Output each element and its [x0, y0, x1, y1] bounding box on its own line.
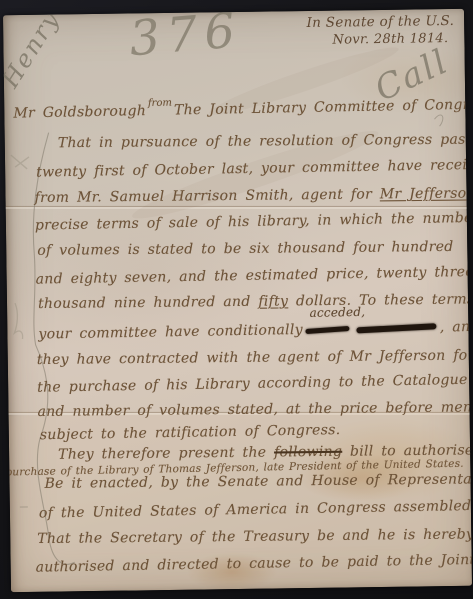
manuscript-line: the purchase of his Library according to…	[37, 372, 468, 396]
redaction-group: acceded,	[306, 320, 437, 338]
underlined-name: Mr Jefferson	[380, 185, 472, 202]
manuscript-line: authorised and directed to cause to be p…	[36, 552, 472, 576]
redaction-bar	[306, 325, 350, 333]
redaction-bar	[357, 323, 437, 333]
underlined-word: fifty	[258, 293, 288, 309]
scan-background: Henry 376 Call In Senate of the U.S. Nov…	[0, 0, 473, 599]
opener-text: The Joint Library Committee of Congress …	[174, 95, 472, 119]
reporter-name: Mr Goldsborough	[13, 103, 146, 122]
fold-crease-upper	[3, 206, 472, 210]
line-text: , and	[440, 319, 472, 336]
senate-heading: In Senate of the U.S. Novr. 28th 1814.	[306, 13, 454, 48]
manuscript-line: That in pursuance of the resolution of C…	[58, 131, 472, 151]
insertion-from: from	[148, 98, 172, 109]
struck-word: following	[274, 444, 342, 461]
manuscript-line: thousand nine hundred and fifty dollars.…	[38, 291, 472, 312]
amended-line: your committee have conditionallyacceded…	[38, 319, 472, 343]
opener-line: Mr GoldsboroughfromThe Joint Library Com…	[13, 95, 472, 122]
manuscript-line: twenty first of October last, your commi…	[36, 157, 472, 181]
line-text: from Mr. Samuel Harrison Smith, agent fo…	[34, 186, 379, 206]
manuscript-line: and number of volumes stated, at the pri…	[37, 399, 472, 420]
docket-number: 376	[127, 9, 244, 68]
manuscript-line: subject to the ratification of Congress.	[40, 422, 341, 443]
line-text: They therefore present the	[58, 444, 274, 462]
document-page: Henry 376 Call In Senate of the U.S. Nov…	[3, 9, 472, 592]
heading-date-line: Novr. 28th 1814.	[307, 31, 449, 48]
manuscript-line: of volumes is stated to be six thousand …	[37, 239, 453, 259]
manuscript-line: of the United States of America in Congr…	[39, 498, 472, 522]
line-text: thousand nine hundred and	[38, 294, 258, 312]
pencil-annotation-owner: Henry	[3, 9, 65, 93]
manuscript-line: from Mr. Samuel Harrison Smith, agent fo…	[34, 185, 472, 206]
line-text: your committee have conditionally	[38, 322, 303, 343]
manuscript-line: and eighty seven, and the estimated pric…	[36, 264, 472, 288]
manuscript-line: precise terms of sale of his library, in…	[35, 210, 472, 234]
insertion-acceded: acceded,	[309, 305, 365, 320]
manuscript-line: That the Secretary of the Treasury be an…	[37, 526, 472, 547]
heading-place-line: In Senate of the U.S.	[306, 13, 454, 31]
manuscript-line: they have contracted with the agent of M…	[37, 347, 472, 368]
